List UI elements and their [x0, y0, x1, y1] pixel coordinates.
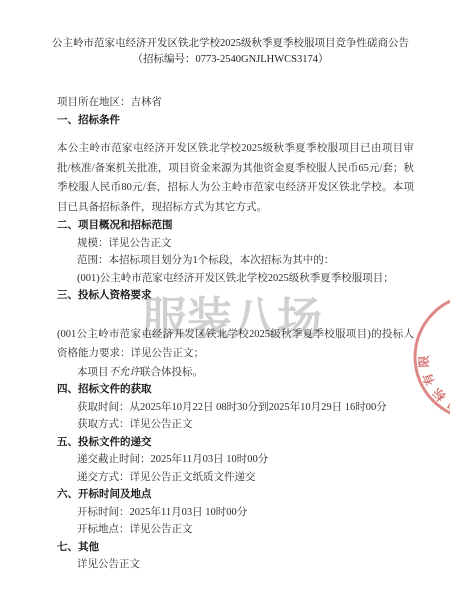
section-5-item-deadline: 递交截止时间：2025年11月03日 10时00分: [77, 451, 414, 469]
section-6-item-place: 开标地点：详见公告正文: [77, 521, 414, 539]
section-6-item-time: 开标时间：2025年11月03日 10时00分: [77, 504, 414, 522]
section-2-item-lot: (001)公主岭市范家屯经济开发区铁北学校2025级秋季夏季校服项目；: [77, 270, 414, 288]
note-prefix: 本项目: [77, 367, 109, 378]
section-5-heading: 五、投标文件的递交: [57, 434, 414, 452]
section-1-paragraph: 本公主岭市范家屯经济开发区铁北学校2025级秋季夏季校服项目已由项目审批/核准/…: [57, 139, 414, 217]
section-4-heading: 四、招标文件的获取: [57, 381, 414, 399]
section-2-item-scope: 范围：本招标项目划分为1个标段，本次招标为其中的：: [77, 252, 414, 270]
section-3-consortium-note: 本项目不允许联合体投标。: [77, 364, 414, 382]
section-7-heading: 七、其他: [57, 539, 414, 557]
section-4-item-method: 获取方式：详见公告正文: [77, 416, 414, 434]
tender-number: （招标编号：0773-2540GNJLHWCS3174）: [47, 52, 414, 68]
document-title: 公主岭市范家屯经济开发区铁北学校2025级秋季夏季校服项目竞争性磋商公告: [47, 36, 414, 52]
section-3-heading: 三、投标人资格要求: [57, 287, 414, 305]
note-suffix: 联合体投标。: [140, 367, 203, 378]
section-2-heading: 二、项目概况和招标范围: [57, 217, 414, 235]
red-seal-stamp: 招标有限: [395, 270, 450, 450]
project-location: 项目所在地区：吉林省: [57, 94, 414, 112]
section-3-paragraph: (001公主岭市范家屯经济开发区铁北学校2025级秋季夏季校服项目)的投标人资格…: [57, 325, 414, 364]
section-6-heading: 六、开标时间及地点: [57, 486, 414, 504]
announcement-page: 服装八场 招标有限 公主岭市范家屯经济开发区铁北学校2025级秋季夏季校服项目竞…: [0, 0, 450, 600]
note-emphasis: 不允许: [109, 367, 141, 378]
section-4-item-time: 获取时间：从2025年10月22日 08时30分到2025年10月29日 16时…: [77, 399, 414, 417]
section-7-item-detail: 详见公告正文: [77, 556, 414, 574]
section-2-item-scale: 规模：详见公告正文: [77, 235, 414, 253]
title-block: 公主岭市范家屯经济开发区铁北学校2025级秋季夏季校服项目竞争性磋商公告 （招标…: [57, 36, 414, 68]
section-1-heading: 一、招标条件: [57, 112, 414, 130]
section-5-item-method: 递交方式：详见公告正文纸质文件递交: [77, 469, 414, 487]
